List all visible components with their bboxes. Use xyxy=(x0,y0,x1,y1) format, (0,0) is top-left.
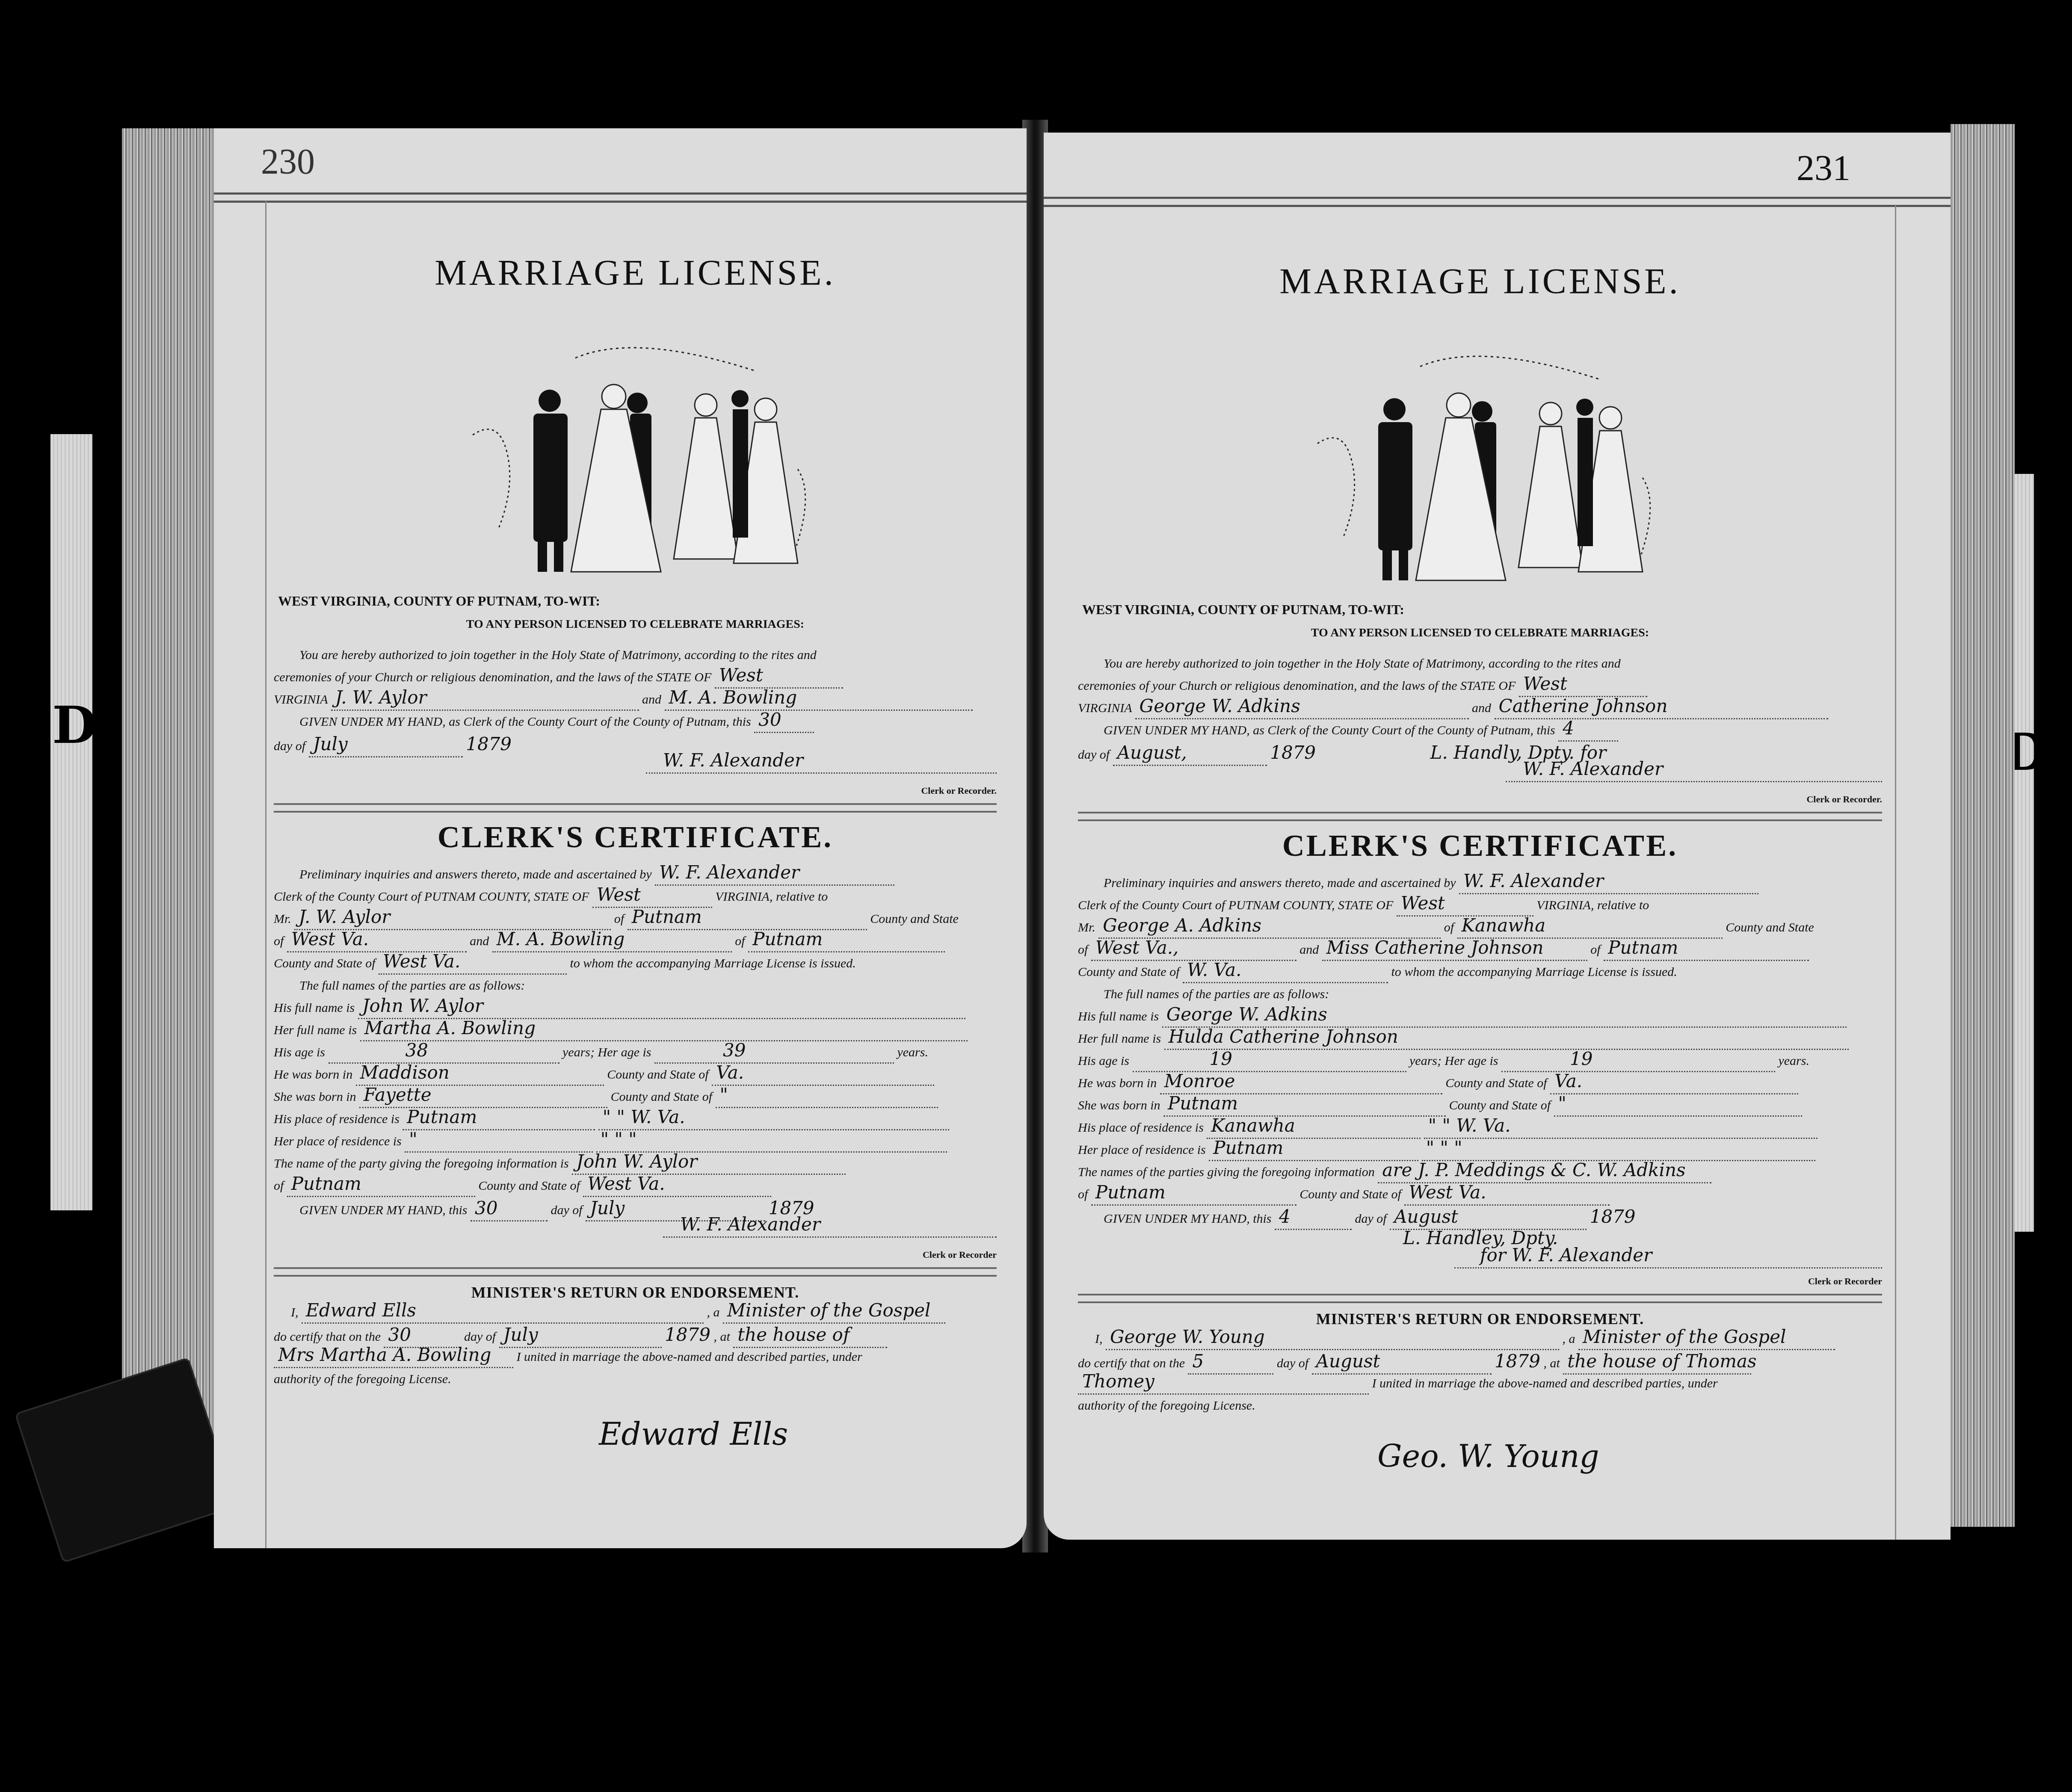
full-names-label: The full names of the parties are as fol… xyxy=(274,975,997,997)
his-residence-line: His place of residence is Kanawha " " W.… xyxy=(1078,1117,1882,1139)
mr-line: Mr. J. W. Aylor of Putnam County and Sta… xyxy=(274,908,997,930)
certify-line: do certify that on the 5 day of August 1… xyxy=(1078,1350,1882,1372)
cert-signature-line: for W. F. Alexander xyxy=(1078,1250,1882,1276)
prelim-line: Preliminary inquiries and answers theret… xyxy=(274,863,997,886)
issued-line: County and State of West Va. to whom the… xyxy=(274,952,997,975)
clerk-label: Clerk or Recorder. xyxy=(274,785,997,796)
jurisdiction-heading: WEST VIRGINIA, COUNTY OF PUTNAM, TO-WIT: xyxy=(278,593,997,609)
given-month-field: July xyxy=(309,739,463,757)
page-number: 231 xyxy=(1797,148,1850,189)
minister-signature: Geo. W. Young xyxy=(1377,1438,1599,1474)
margin-line xyxy=(1895,205,1896,1540)
given-line: GIVEN UNDER MY HAND, as Clerk of the Cou… xyxy=(274,711,997,733)
left-page: 230 MARRIAGE LICENSE. xyxy=(214,128,1027,1548)
return-title: MINISTER'S RETURN OR ENDORSEMENT. xyxy=(1078,1310,1882,1328)
his-name-line: His full name is John W. Aylor xyxy=(274,997,997,1019)
wedding-ceremony-icon xyxy=(1266,315,1694,589)
groom-field: J. W. Aylor xyxy=(331,692,639,711)
her-name-line: Her full name is Hulda Catherine Johnson xyxy=(1078,1028,1882,1050)
tab-letter: D xyxy=(52,695,97,755)
state-field: West xyxy=(715,670,843,689)
clerk-of-line: Clerk of the County Court of PUTNAM COUN… xyxy=(274,886,997,908)
informant-line: The name of the party giving the foregoi… xyxy=(274,1153,997,1175)
clerk-label: Clerk or Recorder. xyxy=(1078,794,1882,805)
wedding-illustration xyxy=(421,307,849,580)
her-name-line: Her full name is Martha A. Bowling xyxy=(274,1019,997,1041)
wedding-ceremony-icon xyxy=(421,307,849,580)
license-title: MARRIAGE LICENSE. xyxy=(274,252,997,294)
ministers-return-section: MINISTER'S RETURN OR ENDORSEMENT. I, Geo… xyxy=(1078,1310,1882,1502)
section-divider xyxy=(274,1267,997,1277)
license-title: MARRIAGE LICENSE. xyxy=(1078,261,1882,302)
section-divider xyxy=(1078,812,1882,821)
ages-line: His age is 38 years; Her age is 39 years… xyxy=(274,1041,997,1064)
certificate-title: CLERK'S CERTIFICATE. xyxy=(1078,828,1882,863)
minister-line: I, Edward Ells , a Minister of the Gospe… xyxy=(274,1301,997,1324)
minister-signature: Edward Ells xyxy=(599,1416,788,1452)
bride-field: M. A. Bowling xyxy=(665,692,973,711)
given-day-field: 30 xyxy=(754,715,814,733)
wedding-illustration xyxy=(1266,315,1694,589)
full-names-label: The full names of the parties are as fol… xyxy=(1078,983,1882,1005)
he-born-line: He was born in Monroe County and State o… xyxy=(1078,1072,1882,1094)
salutation: TO ANY PERSON LICENSED TO CELEBRATE MARR… xyxy=(1078,626,1882,640)
header-rule xyxy=(1044,197,1951,207)
given-line: GIVEN UNDER MY HAND, as Clerk of the Cou… xyxy=(1078,719,1882,742)
informant-line: The names of the parties giving the fore… xyxy=(1078,1161,1882,1183)
clerk-of-line: Clerk of the County Court of PUTNAM COUN… xyxy=(1078,894,1882,917)
mr-line: Mr. George A. Adkins of Kanawha County a… xyxy=(1078,917,1882,939)
header-rule xyxy=(214,192,1027,203)
prelim-line: Preliminary inquiries and answers theret… xyxy=(1078,872,1882,894)
license-body-2: ceremonies of your Church or religious d… xyxy=(1078,675,1882,697)
authority-label: authority of the foregoing License. xyxy=(274,1368,997,1390)
page-number: 230 xyxy=(261,141,315,183)
given-year: 1879 xyxy=(466,733,512,754)
clerk-signature-field: W. F. Alexander xyxy=(646,755,997,774)
section-divider xyxy=(274,803,997,813)
left-index-tab: D xyxy=(50,434,92,1210)
cert-signature-line: W. F. Alexander xyxy=(274,1219,997,1249)
salutation: TO ANY PERSON LICENSED TO CELEBRATE MARR… xyxy=(274,618,997,631)
given-date-line: day of August, 1879 L. Handly, Dpty. for xyxy=(1078,742,1882,764)
margin-line xyxy=(265,201,266,1548)
clerks-certificate-section: CLERK'S CERTIFICATE. Preliminary inquiri… xyxy=(1078,828,1882,1287)
ministers-return-section: MINISTER'S RETURN OR ENDORSEMENT. I, Edw… xyxy=(274,1283,997,1476)
bride-line: of West Va. and M. A. Bowling of Putnam xyxy=(274,930,997,952)
cert-given-line: GIVEN UNDER MY HAND, this 30 day of July… xyxy=(274,1197,997,1219)
he-born-line: He was born in Maddison County and State… xyxy=(274,1064,997,1086)
right-page-stack xyxy=(1951,124,2015,1527)
return-title: MINISTER'S RETURN OR ENDORSEMENT. xyxy=(274,1283,997,1301)
she-born-line: She was born in Fayette County and State… xyxy=(274,1086,997,1108)
license-body-2: ceremonies of your Church or religious d… xyxy=(274,666,997,689)
marriage-license-section: MARRIAGE LICENSE. xyxy=(274,252,997,796)
right-form: MARRIAGE LICENSE. xyxy=(1078,261,1882,1502)
parties-line: VIRGINIA J. W. Aylor and M. A. Bowling xyxy=(274,689,997,711)
informant-county-line: of Putnam County and State of West Va. xyxy=(274,1175,997,1197)
section-divider xyxy=(1078,1294,1882,1303)
bride-line: of West Va., and Miss Catherine Johnson … xyxy=(1078,939,1882,961)
her-residence-line: Her place of residence is " " " " xyxy=(274,1130,997,1153)
left-page-stack xyxy=(122,128,214,1505)
license-body-1: You are hereby authorized to join togeth… xyxy=(1078,653,1882,675)
clerks-certificate-section: CLERK'S CERTIFICATE. Preliminary inquiri… xyxy=(274,819,997,1260)
his-name-line: His full name is George W. Adkins xyxy=(1078,1005,1882,1028)
certificate-title: CLERK'S CERTIFICATE. xyxy=(274,819,997,855)
his-residence-line: His place of residence is Putnam " " W. … xyxy=(274,1108,997,1130)
issued-line: County and State of W. Va. to whom the a… xyxy=(1078,961,1882,983)
she-born-line: She was born in Putnam County and State … xyxy=(1078,1094,1882,1117)
license-body-1: You are hereby authorized to join togeth… xyxy=(274,644,997,666)
parties-line: VIRGINIA George W. Adkins and Catherine … xyxy=(1078,697,1882,719)
clerk-signature-line: W. F. Alexander xyxy=(1078,764,1882,794)
cert-clerk-label: Clerk or Recorder xyxy=(1078,1276,1882,1287)
ages-line: His age is 19 years; Her age is 19 years… xyxy=(1078,1050,1882,1072)
left-form: MARRIAGE LICENSE. xyxy=(274,252,997,1476)
her-residence-line: Her place of residence is Putnam " " " xyxy=(1078,1139,1882,1161)
informant-county-line: of Putnam County and State of West Va. xyxy=(1078,1183,1882,1206)
right-page: 231 MARRIAGE LICENSE. xyxy=(1044,133,1951,1540)
jurisdiction-heading: WEST VIRGINIA, COUNTY OF PUTNAM, TO-WIT: xyxy=(1082,602,1882,618)
minister-line: I, George W. Young , a Minister of the G… xyxy=(1078,1328,1882,1350)
cert-given-line: GIVEN UNDER MY HAND, this 4 day of Augus… xyxy=(1078,1206,1882,1228)
clerk-signature-line: W. F. Alexander xyxy=(274,755,997,785)
certify-line: do certify that on the 30 day of July 18… xyxy=(274,1324,997,1346)
united-line: Thomey I united in marriage the above-na… xyxy=(1078,1372,1882,1395)
given-date-line: day of July 1879 xyxy=(274,733,997,755)
authority-label: authority of the foregoing License. xyxy=(1078,1395,1882,1417)
cert-clerk-label: Clerk or Recorder xyxy=(274,1249,997,1260)
marriage-license-section: MARRIAGE LICENSE. xyxy=(1078,261,1882,805)
united-line: Mrs Martha A. Bowling I united in marria… xyxy=(274,1346,997,1368)
